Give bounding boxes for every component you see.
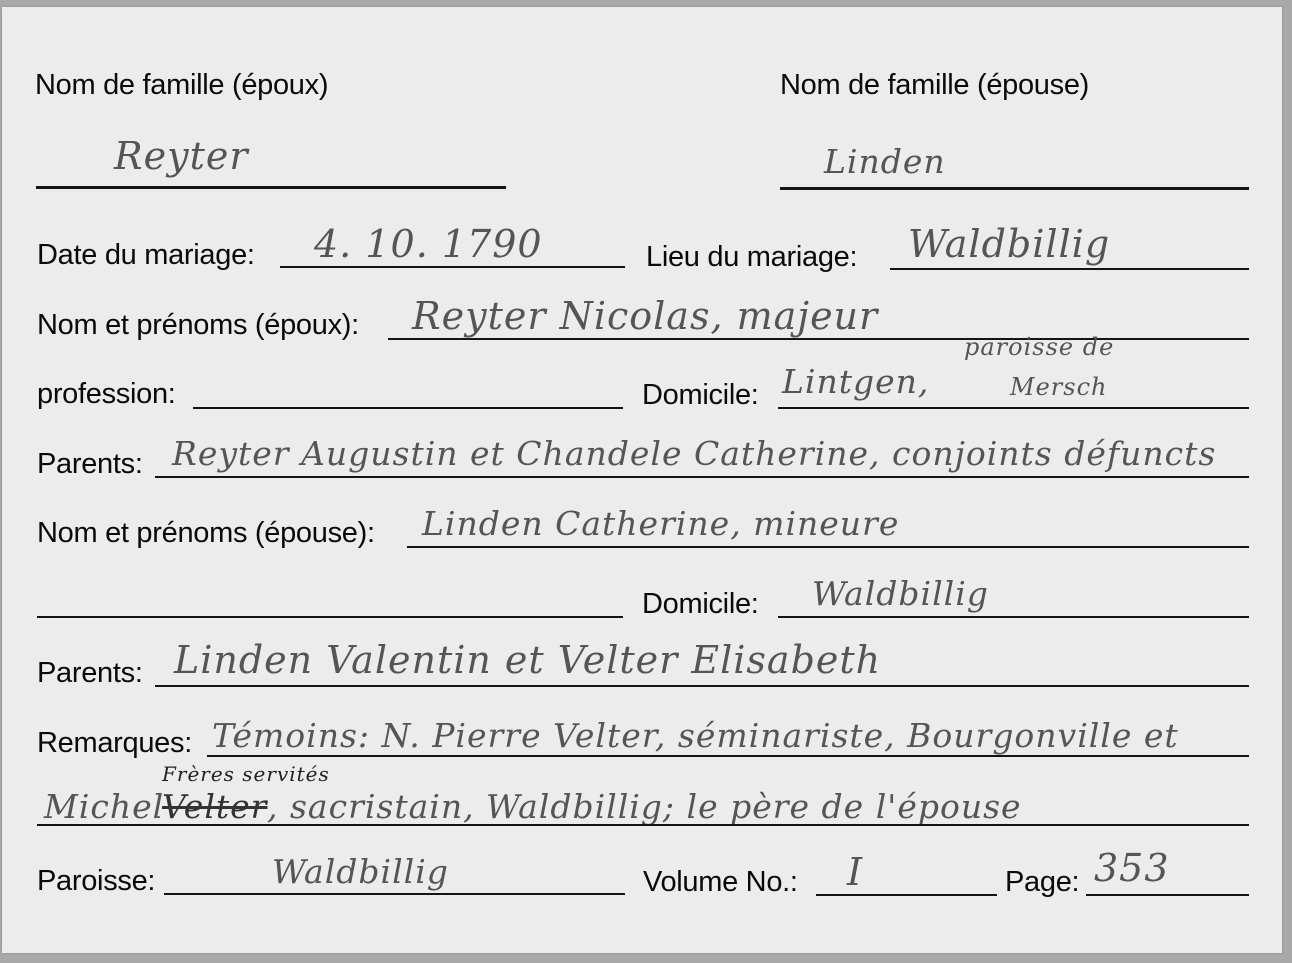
husband-name-label: Nom et prénoms (époux): [37, 311, 359, 340]
wife-extra-field[interactable] [37, 616, 623, 618]
wife-name-label: Nom et prénoms (épouse): [37, 519, 375, 548]
parish-value: Waldbillig [272, 855, 449, 888]
marriage-date-label: Date du mariage: [37, 241, 255, 270]
surname-husband-field[interactable] [36, 186, 506, 189]
marriage-place-value: Waldbillig [908, 225, 1110, 263]
marriage-date-field[interactable] [280, 266, 625, 268]
remarks-line1-field[interactable] [207, 755, 1249, 757]
husband-domicile-annotation-top: paroisse de [964, 335, 1114, 359]
remarks-label: Remarques: [37, 729, 192, 758]
remarks-line2-start: Michel [44, 790, 164, 823]
surname-wife-field[interactable] [780, 187, 1249, 190]
marriage-record-card: Nom de famille (époux) Reyter Nom de fam… [2, 7, 1282, 953]
husband-profession-label: profession: [37, 380, 176, 409]
volume-field[interactable] [816, 894, 997, 896]
wife-domicile-label: Domicile: [642, 590, 759, 619]
page-label: Page: [1005, 868, 1079, 897]
wife-parents-value: Linden Valentin et Velter Elisabeth [174, 641, 881, 679]
husband-profession-field[interactable] [193, 407, 623, 409]
remarks-line2-end: , sacristain, Waldbillig; le père de l'é… [267, 790, 1022, 823]
husband-name-field[interactable] [388, 338, 1249, 340]
husband-domicile-value: Lintgen, [782, 365, 929, 398]
page-value: 353 [1094, 849, 1170, 887]
surname-husband-label: Nom de famille (époux) [35, 71, 328, 100]
surname-wife-label: Nom de famille (épouse) [780, 71, 1089, 100]
wife-parents-label: Parents: [37, 659, 143, 688]
marriage-place-label: Lieu du mariage: [646, 243, 857, 272]
parish-field[interactable] [164, 893, 625, 895]
husband-domicile-label: Domicile: [642, 381, 759, 410]
marriage-place-field[interactable] [890, 268, 1249, 270]
volume-label: Volume No.: [643, 868, 798, 897]
wife-parents-field[interactable] [155, 685, 1249, 687]
husband-domicile-field[interactable] [778, 407, 1249, 409]
surname-husband-value: Reyter [114, 137, 249, 175]
remarks-line1-value: Témoins: N. Pierre Velter, séminariste, … [212, 719, 1179, 752]
wife-domicile-value: Waldbillig [812, 577, 989, 610]
surname-wife-value: Linden [824, 145, 946, 178]
remarks-line2-insert: Frères servités [162, 764, 330, 784]
volume-value: I [847, 853, 863, 891]
husband-parents-label: Parents: [37, 450, 143, 479]
husband-parents-value: Reyter Augustin et Chandele Catherine, c… [172, 437, 1216, 470]
remarks-line2-field[interactable] [37, 824, 1249, 826]
husband-name-value: Reyter Nicolas, majeur [412, 297, 878, 335]
husband-parents-field[interactable] [155, 476, 1249, 478]
parish-label: Paroisse: [37, 867, 155, 896]
husband-domicile-annotation-bottom: Mersch [1010, 375, 1107, 399]
remarks-line2-struck: Velter [162, 790, 267, 823]
marriage-date-value: 4. 10. 1790 [314, 225, 543, 263]
wife-domicile-field[interactable] [778, 616, 1249, 618]
page-field[interactable] [1086, 894, 1249, 896]
wife-name-value: Linden Catherine, mineure [422, 507, 899, 540]
wife-name-field[interactable] [407, 546, 1249, 548]
